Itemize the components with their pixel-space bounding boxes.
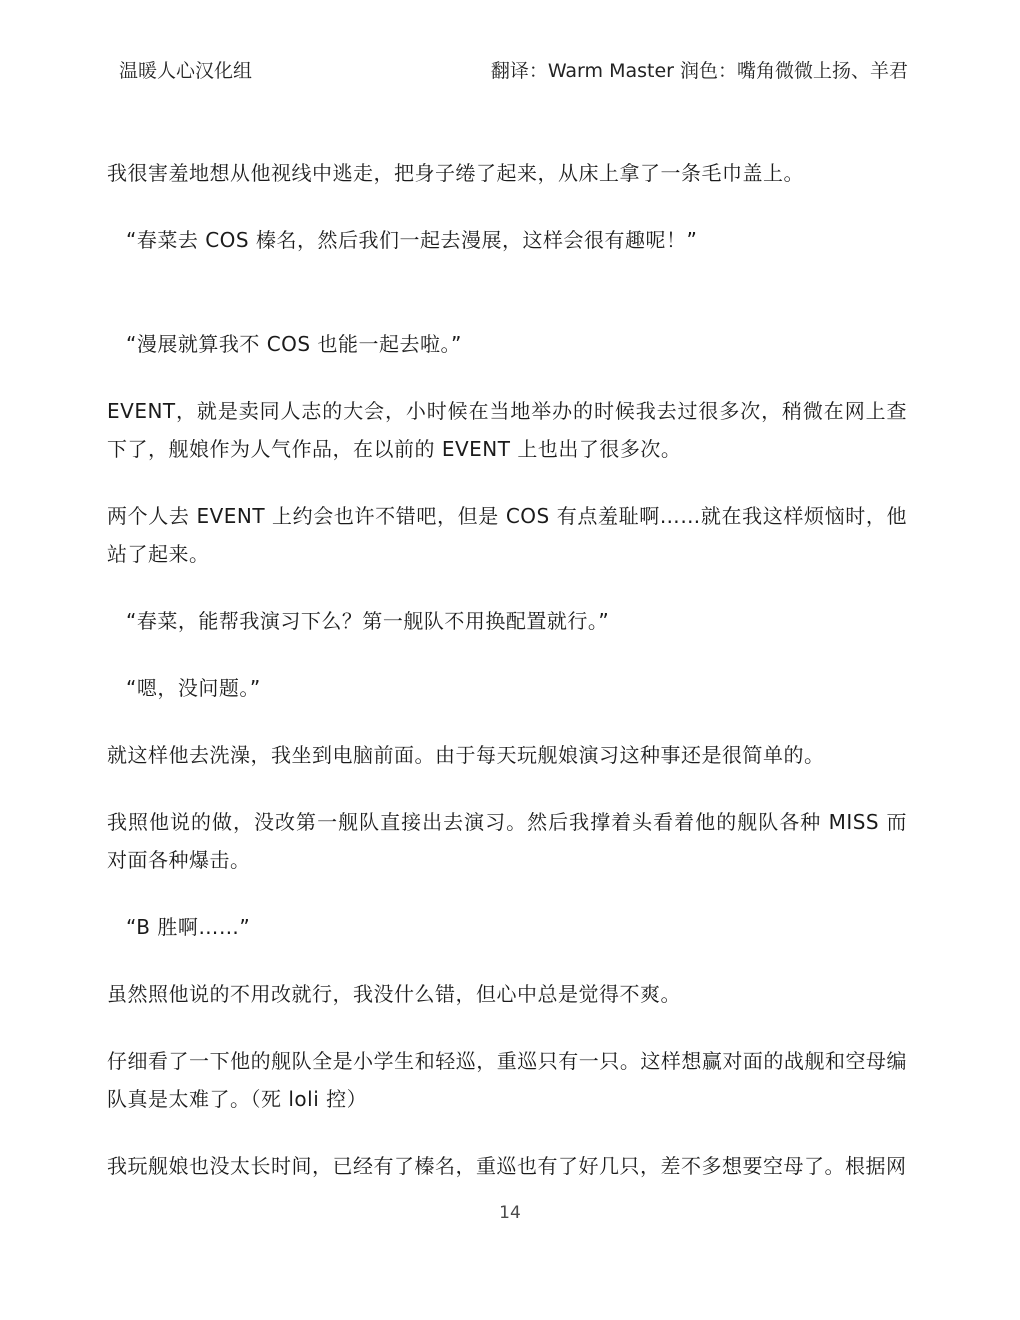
paragraph: 两个人去 EVENT 上约会也许不错吧，但是 COS 有点羞耻啊……就在我这样烦… (107, 497, 907, 573)
document-page: 温暖人心汉化组 翻译：Warm Master 润色：嘴角微微上扬、羊君 我很害羞… (0, 0, 1020, 1320)
paragraph: 我很害羞地想从他视线中逃走，把身子绻了起来，从床上拿了一条毛巾盖上。 (107, 154, 907, 192)
dialogue-paragraph: “嗯，没问题。” (107, 669, 907, 707)
dialogue-paragraph: “春菜去 COS 榛名，然后我们一起去漫展，这样会很有趣呢！” (107, 221, 907, 259)
scanlation-group-name: 温暖人心汉化组 (119, 58, 252, 84)
paragraph: EVENT，就是卖同人志的大会，小时候在当地举办的时候我去过很多次，稍微在网上查… (107, 392, 907, 468)
paragraph: 我照他说的做，没改第一舰队直接出去演习。然后我撑着头看着他的舰队各种 MISS … (107, 803, 907, 879)
paragraph: 我玩舰娘也没太长时间，已经有了榛名，重巡也有了好几只，差不多想要空母了。根据网 (107, 1147, 907, 1185)
dialogue-paragraph: “B 胜啊……” (107, 908, 907, 946)
page-footer: 14 (0, 1200, 1020, 1226)
dialogue-paragraph: “漫展就算我不 COS 也能一起去啦。” (107, 325, 907, 363)
document-body: 我很害羞地想从他视线中逃走，把身子绻了起来，从床上拿了一条毛巾盖上。“春菜去 C… (107, 154, 907, 1214)
page-header: 温暖人心汉化组 翻译：Warm Master 润色：嘴角微微上扬、羊君 (119, 58, 908, 84)
dialogue-paragraph: “春菜，能帮我演习下么？第一舰队不用换配置就行。” (107, 602, 907, 640)
paragraph: 就这样他去洗澡，我坐到电脑前面。由于每天玩舰娘演习这种事还是很简单的。 (107, 736, 907, 774)
page-number: 14 (499, 1203, 521, 1223)
paragraph: 仔细看了一下他的舰队全是小学生和轻巡，重巡只有一只。这样想赢对面的战舰和空母编队… (107, 1042, 907, 1118)
paragraph: 虽然照他说的不用改就行，我没什么错，但心中总是觉得不爽。 (107, 975, 907, 1013)
translation-credits: 翻译：Warm Master 润色：嘴角微微上扬、羊君 (491, 58, 908, 84)
